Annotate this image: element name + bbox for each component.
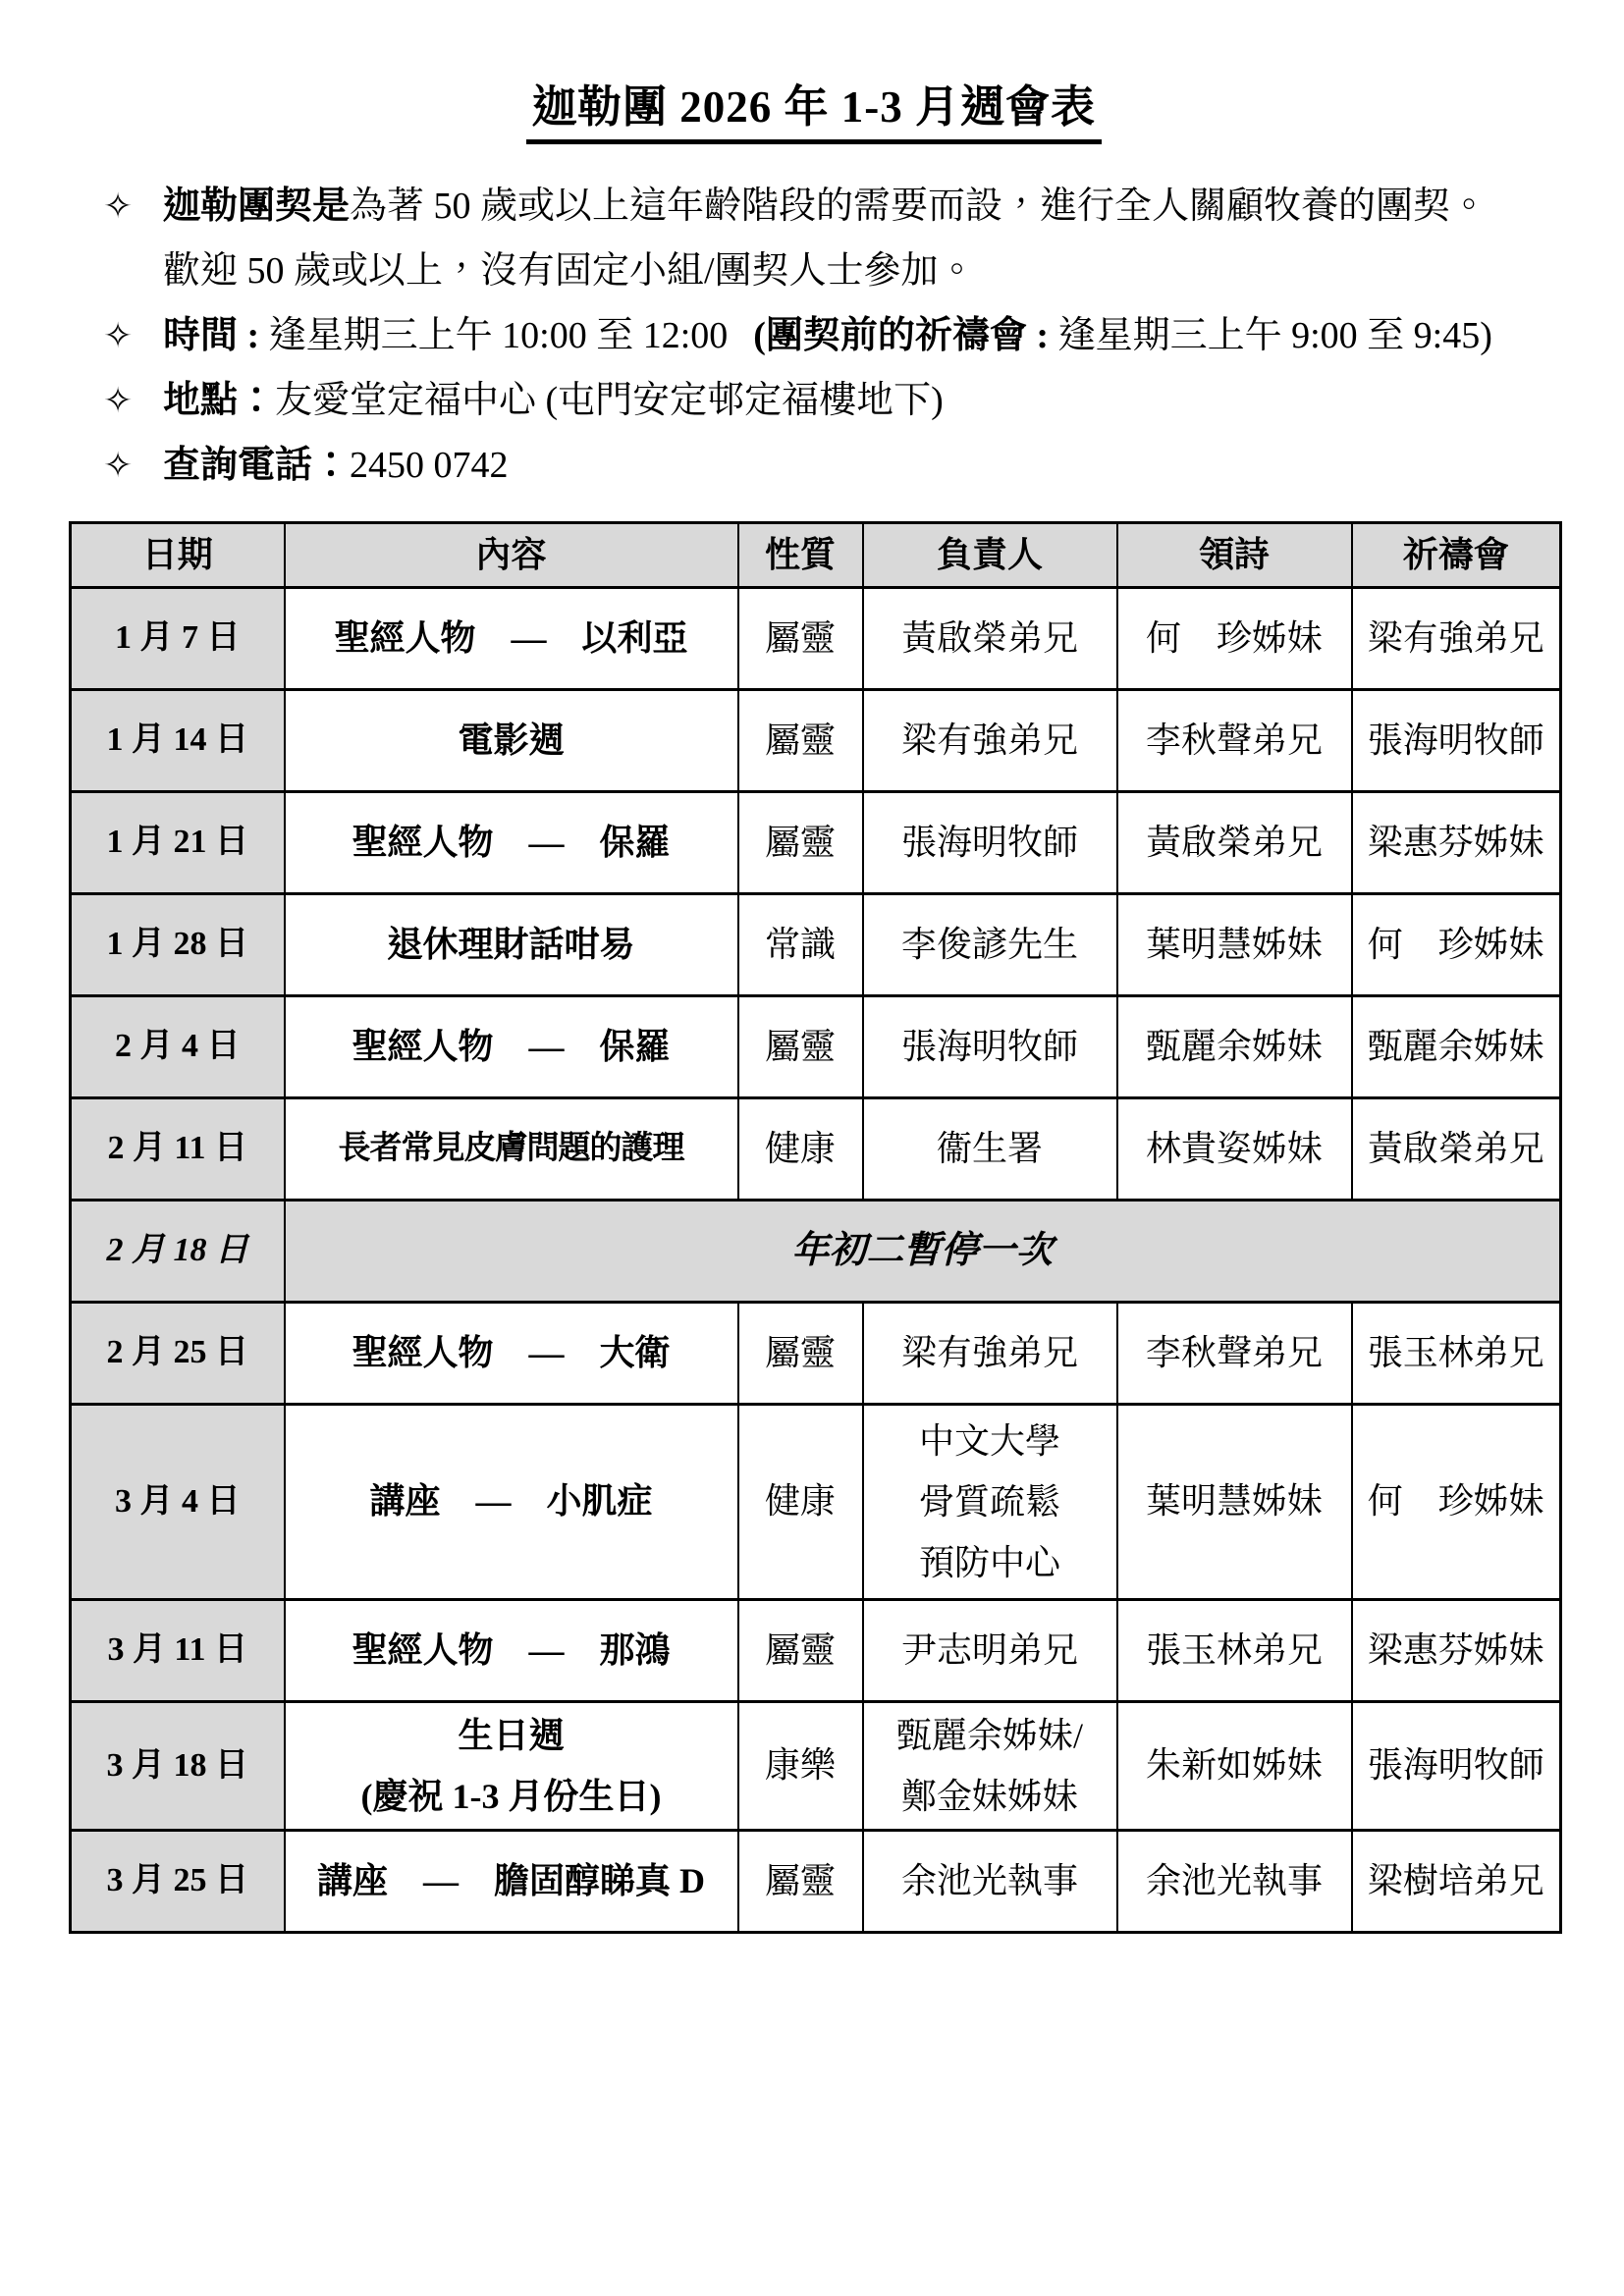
cell-owner: 梁有強弟兄: [863, 1302, 1117, 1404]
cell-nature: 屬靈: [738, 587, 863, 689]
cell-nature: 屬靈: [738, 791, 863, 893]
cell-prayer: 梁樹培弟兄: [1352, 1830, 1561, 1932]
cell-date: 2 月 4 日: [71, 995, 285, 1097]
notes-section: ✧ 迦勒團契是為著 50 歲或以上這年齡階段的需要而設，進行全人關顧牧養的團契。…: [69, 174, 1559, 498]
prayer-note-value: 逢星期三上午 9:00 至 9:45): [1058, 315, 1492, 356]
cell-owner: 衞生署: [863, 1097, 1117, 1200]
cell-nature: 常識: [738, 893, 863, 995]
document-page: 迦勒團 2026 年 1-3 月週會表 ✧ 迦勒團契是為著 50 歲或以上這年齡…: [0, 0, 1624, 2296]
cell-nature: 健康: [738, 1404, 863, 1599]
cell-prayer: 何 珍姊妹: [1352, 893, 1561, 995]
cell-date: 3 月 25 日: [71, 1830, 285, 1932]
bullet-intro: ✧ 迦勒團契是為著 50 歲或以上這年齡階段的需要而設，進行全人關顧牧養的團契。…: [69, 174, 1559, 303]
table-row-paused: 2 月 18 日 年初二暫停一次: [71, 1200, 1561, 1302]
table-row: 1 月 28 日 退休理財話咁易 常識 李俊諺先生 葉明慧姊妹 何 珍姊妹: [71, 893, 1561, 995]
cell-nature: 康樂: [738, 1701, 863, 1830]
bullet-place: ✧ 地點：友愛堂定福中心 (屯門安定邨定福樓地下): [69, 368, 1559, 433]
page-title: 迦勒團 2026 年 1-3 月週會表: [526, 82, 1102, 144]
phone-label: 查詢電話：: [163, 445, 350, 486]
cell-owner: 余池光執事: [863, 1830, 1117, 1932]
cell-nature: 屬靈: [738, 1599, 863, 1701]
cell-song: 余池光執事: [1117, 1830, 1352, 1932]
cell-content: 聖經人物 — 那鴻: [285, 1599, 738, 1701]
cell-prayer: 張海明牧師: [1352, 1701, 1561, 1830]
cell-content: 聖經人物 — 以利亞: [285, 587, 738, 689]
table-row: 1 月 21 日 聖經人物 — 保羅 屬靈 張海明牧師 黃啟榮弟兄 梁惠芬姊妹: [71, 791, 1561, 893]
place-label: 地點：: [163, 380, 275, 421]
cell-prayer: 梁惠芬姊妹: [1352, 791, 1561, 893]
header-nature: 性質: [738, 522, 863, 587]
cell-song: 張玉林弟兄: [1117, 1599, 1352, 1701]
cell-content: 聖經人物 — 保羅: [285, 995, 738, 1097]
cell-song: 李秋聲弟兄: [1117, 689, 1352, 791]
intro-line2: 歡迎 50 歲或以上，沒有固定小組/團契人士參加。: [163, 250, 976, 292]
cell-prayer: 梁惠芬姊妹: [1352, 1599, 1561, 1701]
cell-date: 2 月 25 日: [71, 1302, 285, 1404]
header-prayer: 祈禱會: [1352, 522, 1561, 587]
cell-content: 長者常見皮膚問題的護理: [285, 1097, 738, 1200]
table-row: 1 月 7 日 聖經人物 — 以利亞 屬靈 黃啟榮弟兄 何 珍姊妹 梁有強弟兄: [71, 587, 1561, 689]
cell-owner: 甄麗余姊妹/ 鄭金妹姊妹: [863, 1701, 1117, 1830]
cell-prayer: 黃啟榮弟兄: [1352, 1097, 1561, 1200]
cell-owner: 梁有強弟兄: [863, 689, 1117, 791]
cell-date: 2 月 18 日: [71, 1200, 285, 1302]
bullet-time: ✧ 時間 : 逢星期三上午 10:00 至 12:00(團契前的祈禱會 : 逢星…: [69, 303, 1559, 368]
cell-content: 聖經人物 — 大衛: [285, 1302, 738, 1404]
cell-content: 聖經人物 — 保羅: [285, 791, 738, 893]
schedule-table: 日期 內容 性質 負責人 領詩 祈禱會 1 月 7 日 聖經人物 — 以利亞 屬…: [69, 521, 1562, 1934]
cell-owner: 張海明牧師: [863, 791, 1117, 893]
table-row: 3 月 11 日 聖經人物 — 那鴻 屬靈 尹志明弟兄 張玉林弟兄 梁惠芬姊妹: [71, 1599, 1561, 1701]
cell-song: 朱新如姊妹: [1117, 1701, 1352, 1830]
header-content: 內容: [285, 522, 738, 587]
bullet-phone: ✧ 查詢電話：2450 0742: [69, 433, 1559, 498]
prayer-note-label: (團契前的祈禱會 :: [753, 315, 1049, 356]
cell-song: 甄麗余姊妹: [1117, 995, 1352, 1097]
cell-date: 3 月 4 日: [71, 1404, 285, 1599]
cell-nature: 屬靈: [738, 995, 863, 1097]
cell-prayer: 梁有強弟兄: [1352, 587, 1561, 689]
table-row: 3 月 18 日 生日週 (慶祝 1-3 月份生日) 康樂 甄麗余姊妹/ 鄭金妹…: [71, 1701, 1561, 1830]
cell-date: 2 月 11 日: [71, 1097, 285, 1200]
cell-prayer: 張海明牧師: [1352, 689, 1561, 791]
phone-value: 2450 0742: [350, 445, 509, 486]
cell-date: 3 月 18 日: [71, 1701, 285, 1830]
cell-content: 生日週 (慶祝 1-3 月份生日): [285, 1701, 738, 1830]
cell-prayer: 何 珍姊妹: [1352, 1404, 1561, 1599]
cell-song: 何 珍姊妹: [1117, 587, 1352, 689]
table-header: 日期 內容 性質 負責人 領詩 祈禱會: [71, 522, 1561, 587]
diamond-bullet-icon: ✧: [69, 303, 163, 368]
cell-prayer: 張玉林弟兄: [1352, 1302, 1561, 1404]
table-row: 3 月 4 日 講座 — 小肌症 健康 中文大學 骨質疏鬆 預防中心 葉明慧姊妹…: [71, 1404, 1561, 1599]
cell-paused-notice: 年初二暫停一次: [285, 1200, 1561, 1302]
cell-date: 1 月 21 日: [71, 791, 285, 893]
place-value: 友愛堂定福中心 (屯門安定邨定福樓地下): [275, 380, 944, 421]
cell-song: 林貴姿姊妹: [1117, 1097, 1352, 1200]
cell-song: 黃啟榮弟兄: [1117, 791, 1352, 893]
table-row: 1 月 14 日 電影週 屬靈 梁有強弟兄 李秋聲弟兄 張海明牧師: [71, 689, 1561, 791]
cell-song: 李秋聲弟兄: [1117, 1302, 1352, 1404]
table-row: 2 月 25 日 聖經人物 — 大衛 屬靈 梁有強弟兄 李秋聲弟兄 張玉林弟兄: [71, 1302, 1561, 1404]
diamond-bullet-icon: ✧: [69, 433, 163, 498]
table-row: 3 月 25 日 講座 — 膽固醇睇真 D 屬靈 余池光執事 余池光執事 梁樹培…: [71, 1830, 1561, 1932]
phone-text: 查詢電話：2450 0742: [163, 433, 1559, 498]
cell-owner: 尹志明弟兄: [863, 1599, 1117, 1701]
cell-owner: 黃啟榮弟兄: [863, 587, 1117, 689]
header-row: 日期 內容 性質 負責人 領詩 祈禱會: [71, 522, 1561, 587]
cell-owner: 李俊諺先生: [863, 893, 1117, 995]
cell-date: 1 月 28 日: [71, 893, 285, 995]
intro-line1: 為著 50 歲或以上這年齡階段的需要而設，進行全人關顧牧養的團契。: [350, 186, 1488, 227]
cell-nature: 健康: [738, 1097, 863, 1200]
cell-nature: 屬靈: [738, 1302, 863, 1404]
cell-song: 葉明慧姊妹: [1117, 893, 1352, 995]
table-row: 2 月 11 日 長者常見皮膚問題的護理 健康 衞生署 林貴姿姊妹 黃啟榮弟兄: [71, 1097, 1561, 1200]
header-date: 日期: [71, 522, 285, 587]
cell-content: 電影週: [285, 689, 738, 791]
cell-owner: 張海明牧師: [863, 995, 1117, 1097]
header-song: 領詩: [1117, 522, 1352, 587]
time-value: 逢星期三上午 10:00 至 12:00: [269, 315, 729, 356]
cell-date: 1 月 7 日: [71, 587, 285, 689]
cell-nature: 屬靈: [738, 1830, 863, 1932]
place-text: 地點：友愛堂定福中心 (屯門安定邨定福樓地下): [163, 368, 1559, 433]
time-label: 時間 :: [163, 315, 259, 356]
cell-content: 講座 — 膽固醇睇真 D: [285, 1830, 738, 1932]
cell-date: 1 月 14 日: [71, 689, 285, 791]
cell-owner: 中文大學 骨質疏鬆 預防中心: [863, 1404, 1117, 1599]
cell-song: 葉明慧姊妹: [1117, 1404, 1352, 1599]
diamond-bullet-icon: ✧: [69, 368, 163, 433]
title-wrap: 迦勒團 2026 年 1-3 月週會表: [69, 82, 1559, 144]
cell-date: 3 月 11 日: [71, 1599, 285, 1701]
intro-text: 迦勒團契是為著 50 歲或以上這年齡階段的需要而設，進行全人關顧牧養的團契。歡迎…: [163, 174, 1559, 303]
diamond-bullet-icon: ✧: [69, 174, 163, 239]
cell-content: 退休理財話咁易: [285, 893, 738, 995]
cell-prayer: 甄麗余姊妹: [1352, 995, 1561, 1097]
cell-nature: 屬靈: [738, 689, 863, 791]
table-row: 2 月 4 日 聖經人物 — 保羅 屬靈 張海明牧師 甄麗余姊妹 甄麗余姊妹: [71, 995, 1561, 1097]
intro-lead: 迦勒團契是: [163, 186, 350, 227]
cell-content: 講座 — 小肌症: [285, 1404, 738, 1599]
time-text: 時間 : 逢星期三上午 10:00 至 12:00(團契前的祈禱會 : 逢星期三…: [163, 303, 1559, 368]
header-owner: 負責人: [863, 522, 1117, 587]
